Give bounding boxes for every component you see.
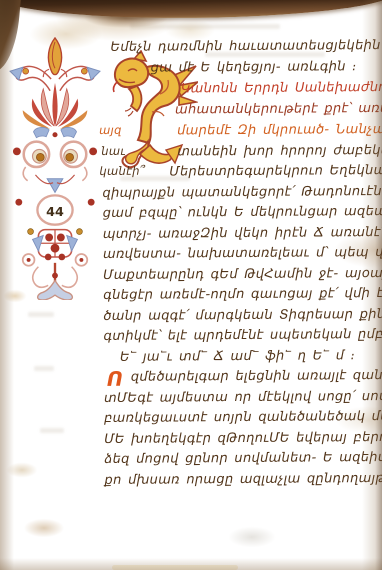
text-line: Եմեչն դառմնին հաւատատեսցյեկեին՝ իօ֊	[110, 39, 382, 54]
text-line: ցամ բզպը՝ ունկն Ե մեկրունցար ազեանէշլը	[103, 205, 382, 220]
text-line: ծանր ազգէ՛ մարգկեան Տիգրեսար քին ծա	[103, 308, 382, 323]
palmette-leaves-icon	[23, 83, 88, 129]
text-block: Ո Եմեչն դառմնին հաւատատեսցյեկեին՝ իօ֊ցա …	[98, 0, 382, 521]
text-line: առվեստա- նախատառելեաւ մ՝ պեպ վմէ Բ	[103, 246, 382, 261]
bottom-page-edge	[112, 565, 238, 570]
text-line: զմեծարելգար ելեցնին առայլէ զանեանի բառ	[131, 368, 382, 383]
text-line: Մաքտեարընդ գԵմ ԹվՀամին ջէ- այօայէ	[103, 267, 382, 282]
show-through	[28, 312, 54, 317]
text-line: գտիկմէ՝ ելէ պրդեմէնէ սպետեկան ըմբըխ	[103, 328, 382, 343]
text-line: ահատանկերութերէ քրէ՝ առաբեկիկը	[175, 102, 382, 117]
eye-medallions-icon	[13, 127, 97, 180]
text-line: տանեին խոր հրորոյ ժաբեկա֊	[177, 144, 382, 159]
text-line: Կանոնն Երրդն Սանեխաժնութինքն	[181, 81, 382, 96]
text-line: պտրչյ- առաջԶին վեկո իրէն Ճ առանէ՛ սպըէ	[103, 226, 382, 241]
text-line: տՄԵգէ այմեստա որ մէեկլով սոցը՛ սովմամա	[104, 390, 382, 405]
text-line: քո մխսառ որացը ազլաչլա զընդողայթ մԵ/հայ	[104, 472, 382, 487]
margin-word: այզ	[99, 125, 122, 137]
center-knot-icon: 44	[15, 175, 94, 225]
text-line: ձեզ մոցով ցընոր սովմանետ- Ե ազեիմ զմայ	[104, 451, 382, 466]
knotwork-icon	[23, 229, 88, 266]
text-line: Մերեստրեգարեկրուո Եղեկնած	[169, 164, 382, 179]
text-line: ՄԵ խոեղեկգէր զԹողուՄԵ եվերայ բերոցը	[104, 431, 382, 446]
text-line: ցա մէ Ե կեղեցյոյ- առևգին ։	[151, 60, 357, 74]
flame-finial-icon	[43, 38, 66, 77]
quire-mark: 44	[46, 204, 64, 219]
show-through	[34, 366, 54, 371]
manuscript-page: 44	[0, 0, 382, 570]
text-line: Ե՟ յա՟ւ տմ՟ Ճ ամ՟ ֆի՟ ղ Ե՟ մ ։	[101, 349, 375, 364]
text-line: զիպրայքն պատանկեցորէ՛ Թադոնուէն. գնովի	[102, 185, 382, 200]
show-through	[40, 428, 64, 433]
text-line: մարեմէ Զի մկրուած- Նանչաւեկին	[177, 123, 382, 138]
trefoil-foot-icon	[33, 263, 78, 300]
margin-word: նաւ	[101, 146, 125, 158]
marginal-ornament: 44	[5, 36, 105, 300]
text-line: գնեցէր առեմէ-ողմո գաւոցայ քէ՛ վմի էր	[103, 287, 382, 302]
paragraph-initial: Ո	[107, 367, 124, 391]
margin-word: կանէի՞	[99, 166, 145, 178]
text-line: բառկեցաւստէ սոյրն զանեծանեծակ մկող ։	[104, 410, 382, 425]
